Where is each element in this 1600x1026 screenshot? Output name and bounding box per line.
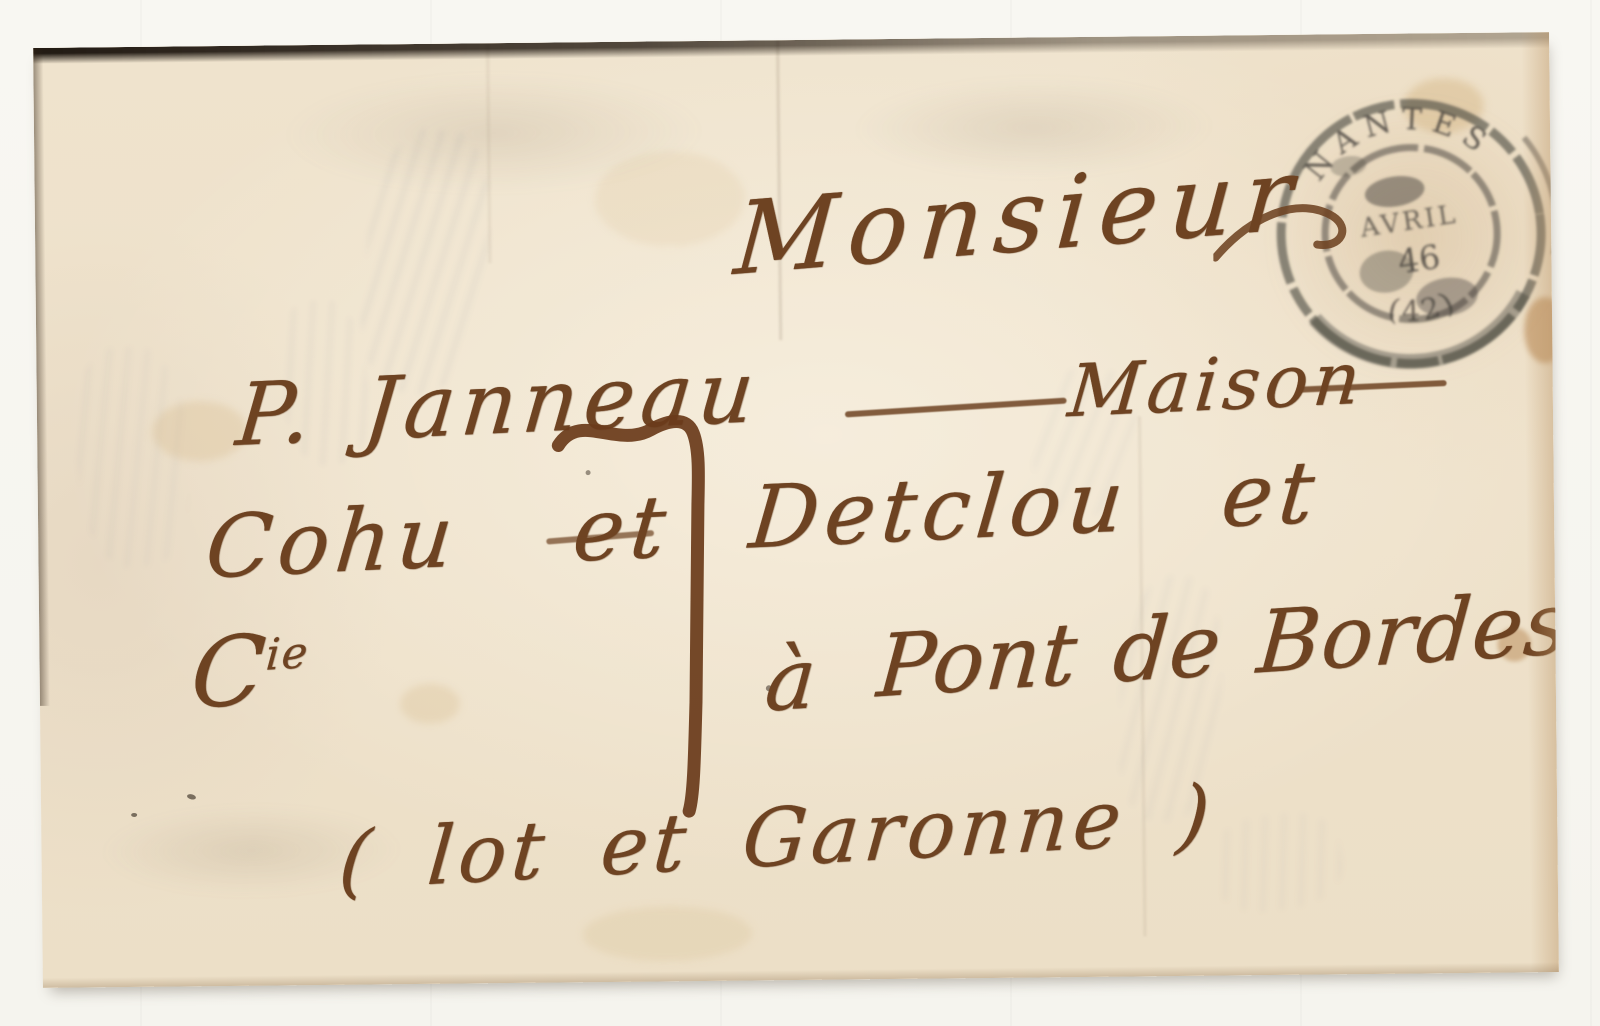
company-superscript: ie xyxy=(264,628,311,681)
ink-speck xyxy=(186,793,196,800)
ink-show-through xyxy=(1205,806,1348,919)
company-letter: C xyxy=(187,613,269,730)
paper-edge-tan-right xyxy=(1521,32,1559,972)
letter-cover: NANTES AVRIL 46 (42) Monsieur P. Janneau… xyxy=(33,32,1559,988)
destination-prefix: à xyxy=(762,629,820,731)
ink-dash xyxy=(845,398,1067,418)
scanned-letter-photo: { "letter": { "address": { "salutation":… xyxy=(0,0,1600,1026)
address-name-suffix: Maison xyxy=(1065,335,1369,433)
paper-edge-shadow-top xyxy=(33,32,1549,64)
paper-edge-shadow-left xyxy=(33,48,50,706)
postmark-month: AVRIL xyxy=(1357,199,1460,244)
ink-flourish xyxy=(1213,194,1364,271)
paper-stain xyxy=(400,684,460,725)
paper-stain xyxy=(582,905,753,962)
address-firm-part2: Detclou et xyxy=(745,442,1324,568)
ink-speck xyxy=(131,813,137,817)
postmark-year: 46 xyxy=(1395,237,1442,282)
department-line: ( lot et Garonne ) xyxy=(336,767,1219,908)
postage-due-7-mark xyxy=(546,402,720,834)
paper-edge-shadow-bottom xyxy=(43,962,1559,988)
address-company: Cie xyxy=(187,611,312,731)
destination-place: Pont de Bordes xyxy=(874,573,1559,717)
